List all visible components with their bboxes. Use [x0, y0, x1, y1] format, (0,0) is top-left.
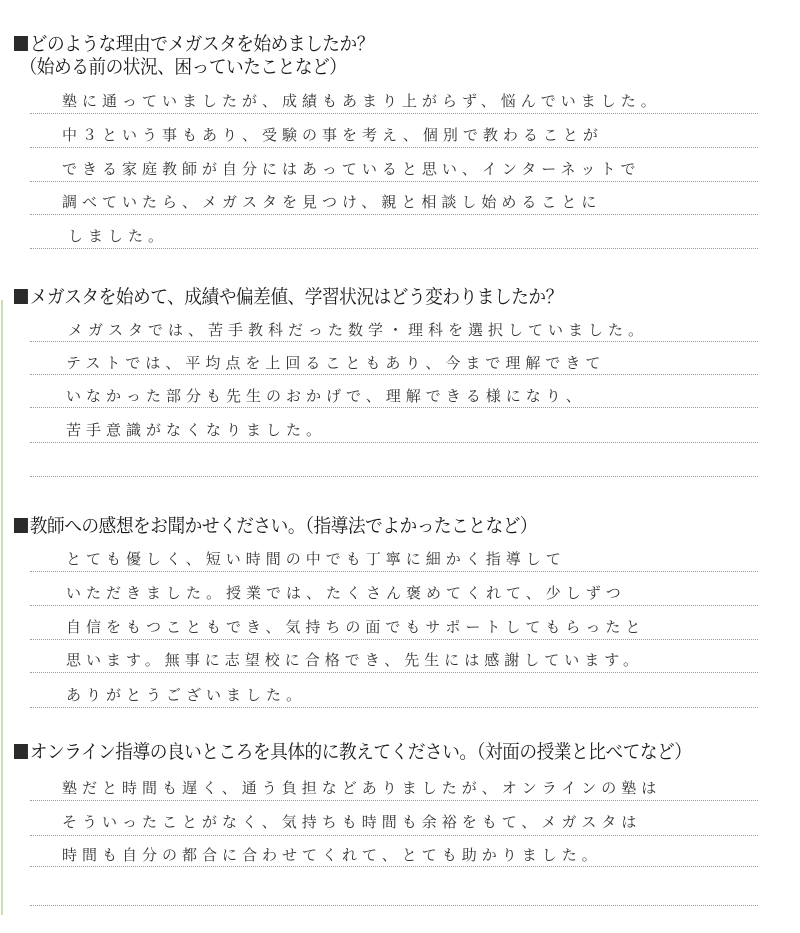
ruled-line [30, 639, 758, 640]
ruled-line [30, 571, 758, 572]
section-2-heading: メガスタを始めて、成績や偏差値、学習状況はどう変わりましたか？ [14, 286, 563, 309]
section-1-heading: どのような理由でメガスタを始めましたか？ （始める前の状況、困っていたことなど） [14, 33, 374, 79]
section-1-question: どのような理由でメガスタを始めましたか？ [30, 33, 374, 55]
square-bullet-icon [14, 518, 28, 533]
section-4-answer-line-2: そういったことがなく、気持ちも時間も余裕をもて、メガスタは [62, 812, 641, 832]
section-3-answer-line-2: いただきました。授業では、たくさん褒めてくれて、少しずつ [66, 583, 626, 603]
ruled-line [30, 476, 758, 477]
left-border-decoration [1, 300, 3, 915]
section-4-answer-line-3: 時間も自分の都合に合わせてくれて、とても助かりました。 [62, 845, 602, 865]
section-1-answer-line-4: 調べていたら、メガスタを見つけ、親と相談し始めることに [62, 192, 601, 212]
section-3-answer-line-5: ありがとうございました。 [66, 685, 306, 705]
ruled-line [30, 835, 758, 836]
ruled-line [30, 147, 758, 148]
section-1-answer-line-2: 中３という事もあり、受験の事を考え、個別で教わることが [62, 125, 603, 145]
ruled-line [30, 442, 758, 443]
ruled-line [30, 248, 758, 249]
section-2-answer-line-3: いなかった部分も先生のおかげで、理解できる様になり、 [66, 386, 586, 406]
section-3-answer-line-3: 自信をもつこともでき、気持ちの面でもサポートしてもらったと [66, 617, 645, 637]
ruled-line [30, 866, 758, 867]
section-4-heading: オンライン指導の良いところを具体的に教えてください。（対面の授業と比べてなど） [14, 741, 691, 764]
section-4-answer-line-1: 塾だと時間も遅く、通う負担などありましたが、オンラインの塾は [62, 778, 661, 798]
ruled-line [30, 605, 758, 606]
square-bullet-icon [14, 289, 28, 304]
section-3-answer-line-1: とても優しく、短い時間の中でも丁寧に細かく指導して [66, 549, 566, 569]
section-2-answer-line-1: メガスタでは、苦手教科だった数学・理科を選択していました。 [68, 320, 648, 340]
section-1-answer-line-3: できる家庭教師が自分にはあっていると思い、インターネットで [62, 159, 641, 179]
section-1-answer-line-1: 塾に通っていましたが、成績もあまり上がらず、悩んでいました。 [62, 91, 661, 111]
ruled-line [30, 800, 758, 801]
ruled-line [30, 374, 758, 375]
ruled-line [30, 407, 758, 408]
section-3-heading: 教師への感想をお聞かせください。（指導法でよかったことなど） [14, 515, 537, 538]
square-bullet-icon [14, 744, 28, 759]
ruled-line [30, 341, 758, 342]
section-3-question: 教師への感想をお聞かせください。（指導法でよかったことなど） [30, 515, 537, 537]
square-bullet-icon [14, 36, 28, 51]
ruled-line [30, 707, 758, 708]
section-4-question: オンライン指導の良いところを具体的に教えてください。（対面の授業と比べてなど） [30, 741, 692, 763]
section-1-question-note: （始める前の状況、困っていたことなど） [14, 56, 374, 79]
section-2-answer-line-4: 苦手意識がなくなりました。 [66, 420, 326, 440]
ruled-line [30, 905, 758, 906]
ruled-line [30, 181, 758, 182]
section-2-answer-line-2: テストでは、平均点を上回ることもあり、今まで理解できて [66, 353, 605, 373]
ruled-line [30, 214, 758, 215]
section-1-answer-line-5: しました。 [68, 226, 168, 246]
section-3-answer-line-4: 思います。無事に志望校に合格でき、先生には感謝しています。 [66, 650, 643, 670]
ruled-line [30, 113, 758, 114]
survey-page: どのような理由でメガスタを始めましたか？ （始める前の状況、困っていたことなど）… [0, 0, 800, 933]
ruled-line [30, 672, 758, 673]
section-2-question: メガスタを始めて、成績や偏差値、学習状況はどう変わりましたか？ [30, 286, 563, 308]
